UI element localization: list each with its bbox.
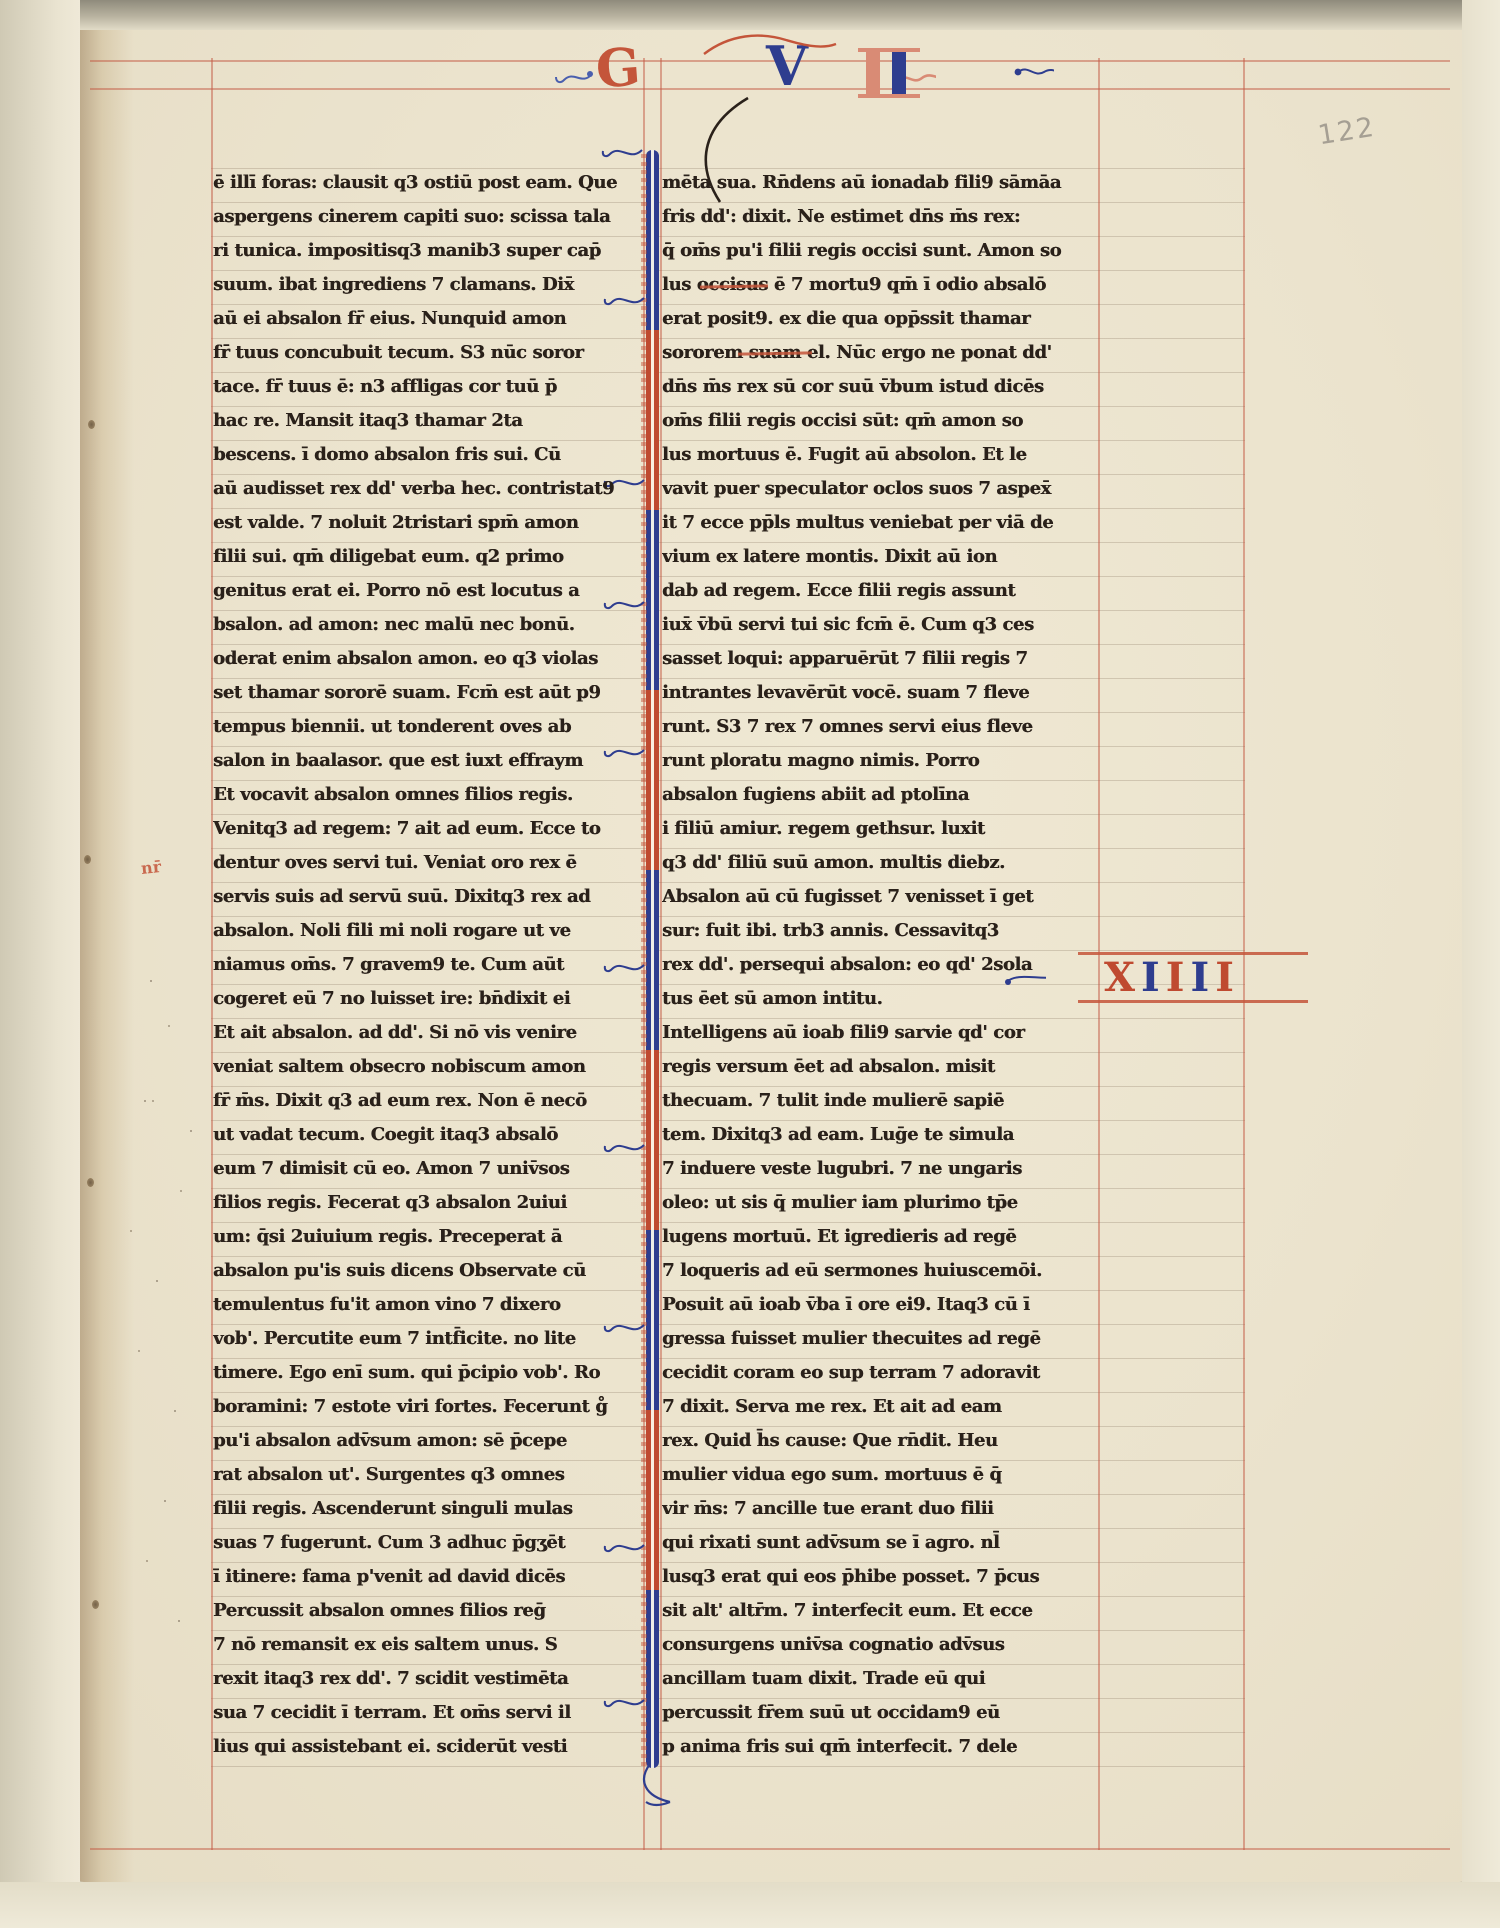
text-line: Et ait absalon. ad dd'. Si nō vis venire <box>213 1016 643 1050</box>
text-line: 7 nō remansit ex eis saltem unus. S <box>213 1628 643 1662</box>
manuscript-photo: G V 122 <box>0 0 1500 1928</box>
text-line: bsalon. ad amon: nec malū nec bonū. <box>213 608 643 642</box>
penwork-curl-icon <box>600 140 644 164</box>
text-line: rex. Quid h̄s cause: Que rn̄dit. Heu <box>662 1424 1100 1458</box>
text-line: mēta sua. Rn̄dens aū ionadab fili9 sāmāa <box>662 166 1100 200</box>
text-line: sasset loqui: apparuērūt 7 filii regis 7 <box>662 642 1100 676</box>
photo-top-shadow <box>0 0 1500 30</box>
chapter-char: I <box>1215 954 1240 1001</box>
text-line: i filiū amiur. regem gethsur. luxit <box>662 812 1100 846</box>
text-line: ut vadat tecum. Coegit itaq3 absalō <box>213 1118 643 1152</box>
text-line: aū audisset rex dd' verba hec. contrista… <box>213 472 643 506</box>
text-line: mulier vidua ego sum. mortuus ē q̄ <box>662 1458 1100 1492</box>
text-line: absalon pu'is suis dicens Observate cū <box>213 1254 643 1288</box>
chapter-char: I <box>1166 954 1191 1001</box>
text-line: filii regis. Ascenderunt singuli mulas <box>213 1492 643 1526</box>
text-line: tempus biennii. ut tonderent oves ab <box>213 710 643 744</box>
text-line: bescens. ī domo absalon fris sui. Cū <box>213 438 643 472</box>
penwork-blue-squiggle-icon <box>1010 62 1054 86</box>
gutter-flourish-bar <box>646 150 659 1768</box>
text-line: hac re. Mansit itaq3 thamar 2ta <box>213 404 643 438</box>
numeral-bar-red <box>866 52 880 94</box>
text-line: lus mortuus ē. Fugit aū absolon. Et le <box>662 438 1100 472</box>
ink-speckles <box>150 980 152 982</box>
text-line: tem. Dixitq3 ad eam. Luḡe te simula <box>662 1118 1100 1152</box>
text-line: vavit puer speculator oclos suos 7 aspex… <box>662 472 1100 506</box>
running-header-numeral <box>858 50 936 96</box>
text-line: ē illī foras: clausit q3 ostiū post eam.… <box>213 166 643 200</box>
text-line: sua 7 cecidit ī terram. Et om̄s servi il <box>213 1696 643 1730</box>
text-line: it 7 ecce pp̄ls multus veniebat per viā … <box>662 506 1100 540</box>
text-line: aspergens cinerem capiti suo: scissa tal… <box>213 200 643 234</box>
text-line: ri tunica. impositisq3 manib3 super cap̄ <box>213 234 643 268</box>
text-line: absalon. Noli fili mi noli rogare ut ve <box>213 914 643 948</box>
text-line: om̄s filii regis occisi sūt: qm̄ amon so <box>662 404 1100 438</box>
text-line: q3 dd' filiū suū amon. multis diebz. <box>662 846 1100 880</box>
text-line: eum 7 dimisit cū eo. Amon 7 univ̄sos <box>213 1152 643 1186</box>
text-line: aū ei absalon fr̄ eius. Nunquid amon <box>213 302 643 336</box>
text-line: Percussit absalon omnes filios reḡ <box>213 1594 643 1628</box>
text-line: iux̄ v̄bū servi tui sic fcm̄ ē. Cum q3 c… <box>662 608 1100 642</box>
text-line: filios regis. Fecerat q3 absalon 2uiui <box>213 1186 643 1220</box>
chapter-char: I <box>1190 954 1215 1001</box>
numeral-cap-bottom <box>858 94 920 98</box>
text-line: suum. ibat ingrediens 7 clamans. Dix̄ <box>213 268 643 302</box>
text-line: dentur oves servi tui. Veniat oro rex ē <box>213 846 643 880</box>
chapter-numeral: XIIII <box>1088 952 1303 1004</box>
text-line: salon in baalasor. que est iuxt effraym <box>213 744 643 778</box>
text-line: dab ad regem. Ecce filii regis assunt <box>662 574 1100 608</box>
photo-mat-right <box>1462 0 1500 1928</box>
text-line: consurgens univ̄sa cognatio adv̄sus <box>662 1628 1100 1662</box>
text-line: sit alt' altr̄m. 7 interfecit eum. Et ec… <box>662 1594 1100 1628</box>
wormhole <box>88 420 95 429</box>
text-line: intrantes levavērūt vocē. suam 7 fleve <box>662 676 1100 710</box>
text-line: vium ex latere montis. Dixit aū ion <box>662 540 1100 574</box>
text-line: niamus om̄s. 7 gravem9 te. Cum aūt <box>213 948 643 982</box>
text-line: vir m̄s: 7 ancille tue erant duo filii <box>662 1492 1100 1526</box>
text-line: runt ploratu magno nimis. Porro <box>662 744 1100 778</box>
text-line: oderat enim absalon amon. eo q3 violas <box>213 642 643 676</box>
text-line: est valde. 7 noluit 2tristari spm̄ amon <box>213 506 643 540</box>
text-line: oleo: ut sis q̄ mulier iam plurimo tp̄e <box>662 1186 1100 1220</box>
text-line: fr̄ tuus concubuit tecum. S3 nūc soror <box>213 336 643 370</box>
text-line: Et vocavit absalon omnes filios regis. <box>213 778 643 812</box>
photo-mat-left <box>0 0 80 1928</box>
wormhole <box>84 855 91 864</box>
penwork-paraph-icon <box>552 66 596 90</box>
wormhole <box>87 1178 94 1187</box>
text-line: qui rixati sunt adv̄sum se ī agro. nl̄ <box>662 1526 1100 1560</box>
text-line: cecidit coram eo sup terram 7 adoravit <box>662 1356 1100 1390</box>
text-line: tace. fr̄ tuus ē: n3 affligas cor tuū p̄ <box>213 370 643 404</box>
text-line: 7 induere veste lugubri. 7 ne ungaris <box>662 1152 1100 1186</box>
text-line: lusq3 erat qui eos p̄hibe posset. 7 p̄cu… <box>662 1560 1100 1594</box>
text-line: servis suis ad servū suū. Dixitq3 rex ad <box>213 880 643 914</box>
penwork-tail-icon <box>630 1762 680 1808</box>
wormhole <box>92 1600 99 1609</box>
text-line: sororem suam el. Nūc ergo ne ponat dd' <box>662 336 1100 370</box>
margin-note-red: nr̄ <box>140 857 162 878</box>
photo-mat-bottom <box>0 1882 1500 1928</box>
text-line: thecuam. 7 tulit inde mulierē sapiē <box>662 1084 1100 1118</box>
text-line: gressa fuisset mulier thecuites ad regē <box>662 1322 1100 1356</box>
text-line: sur: fuit ibi. trb3 annis. Cessavitq3 <box>662 914 1100 948</box>
text-line: dn̄s m̄s rex sū cor suū v̄bum istud dicē… <box>662 370 1100 404</box>
left-text-column: ē illī foras: clausit q3 ostiū post eam.… <box>213 166 643 1764</box>
leaf-left-edge <box>76 26 134 1882</box>
text-line: lugens mortuū. Et igredieris ad regē <box>662 1220 1100 1254</box>
penwork-red-flourish-icon <box>700 30 840 60</box>
text-line: erat posit9. ex die qua opp̄ssit thamar <box>662 302 1100 336</box>
text-line: fr̄ m̄s. Dixit q3 ad eum rex. Non ē necō <box>213 1084 643 1118</box>
text-line: genitus erat ei. Porro nō est locutus a <box>213 574 643 608</box>
text-line: temulentus fu'it amon vino 7 dixero <box>213 1288 643 1322</box>
text-line: timere. Ego enī sum. qui p̄cipio vob'. R… <box>213 1356 643 1390</box>
text-line: veniat saltem obsecro nobiscum amon <box>213 1050 643 1084</box>
text-line: Intelligens aū ioab fili9 sarvie qd' cor <box>662 1016 1100 1050</box>
text-line: Absalon aū cū fugisset 7 venisset ī get <box>662 880 1100 914</box>
ruling-horizontal-bottom <box>90 1848 1450 1850</box>
text-line: 7 loqueris ad eū sermones huiuscemōi. <box>662 1254 1100 1288</box>
text-line: fris dd': dixit. Ne estimet dn̄s m̄s rex… <box>662 200 1100 234</box>
text-line: cogeret eū 7 no luisset ire: bn̄dixit ei <box>213 982 643 1016</box>
text-line: pu'i absalon adv̄sum amon: sē p̄cepe <box>213 1424 643 1458</box>
text-line: q̄ om̄s pu'i filii regis occisi sunt. Am… <box>662 234 1100 268</box>
text-line: rat absalon ut'. Surgentes q3 omnes <box>213 1458 643 1492</box>
right-text-column: mēta sua. Rn̄dens aū ionadab fili9 sāmāa… <box>662 166 1100 1764</box>
text-line: ī itinere: fama p'venit ad david dicēs <box>213 1560 643 1594</box>
text-line: Posuit aū ioab v̄ba ī ore ei9. Itaq3 cū … <box>662 1288 1100 1322</box>
running-header-letter-g: G <box>594 37 643 101</box>
text-line: filii sui. qm̄ diligebat eum. q2 primo <box>213 540 643 574</box>
text-line: p anima fris sui qm̄ interfecit. 7 dele <box>662 1730 1100 1764</box>
text-line: vob'. Percutite eum 7 intf̄icite. no lit… <box>213 1322 643 1356</box>
penwork-blue-squiggle-icon <box>1002 966 1046 990</box>
text-line: um: q̄si 2uiuium regis. Preceperat ā <box>213 1220 643 1254</box>
text-line: suas 7 fugerunt. Cum 3 adhuc p̄gʒēt <box>213 1526 643 1560</box>
text-line: 7 dixit. Serva me rex. Et ait ad eam <box>662 1390 1100 1424</box>
text-line: boramini: 7 estote viri fortes. Fecerunt… <box>213 1390 643 1424</box>
text-line: regis versum ēet ad absalon. misit <box>662 1050 1100 1084</box>
text-line: lius qui assistebant ei. sciderūt vesti <box>213 1730 643 1764</box>
text-line: ancillam tuam dixit. Trade eū qui <box>662 1662 1100 1696</box>
text-line: runt. S3 7 rex 7 omnes servi eius fleve <box>662 710 1100 744</box>
chapter-char: I <box>1141 954 1166 1001</box>
chapter-char: X <box>1104 954 1141 1001</box>
numeral-bar-blue <box>892 52 906 94</box>
chapter-rule-bottom <box>1078 1000 1308 1003</box>
text-line: absalon fugiens abiit ad ptolīna <box>662 778 1100 812</box>
text-line: set thamar sororē suam. Fcm̄ est aūt p9 <box>213 676 643 710</box>
text-line: Venitq3 ad regem: 7 ait ad eum. Ecce to <box>213 812 643 846</box>
text-line: percussit fr̄em suū ut occidam9 eū <box>662 1696 1100 1730</box>
text-line: rexit itaq3 rex dd'. 7 scidit vestimēta <box>213 1662 643 1696</box>
